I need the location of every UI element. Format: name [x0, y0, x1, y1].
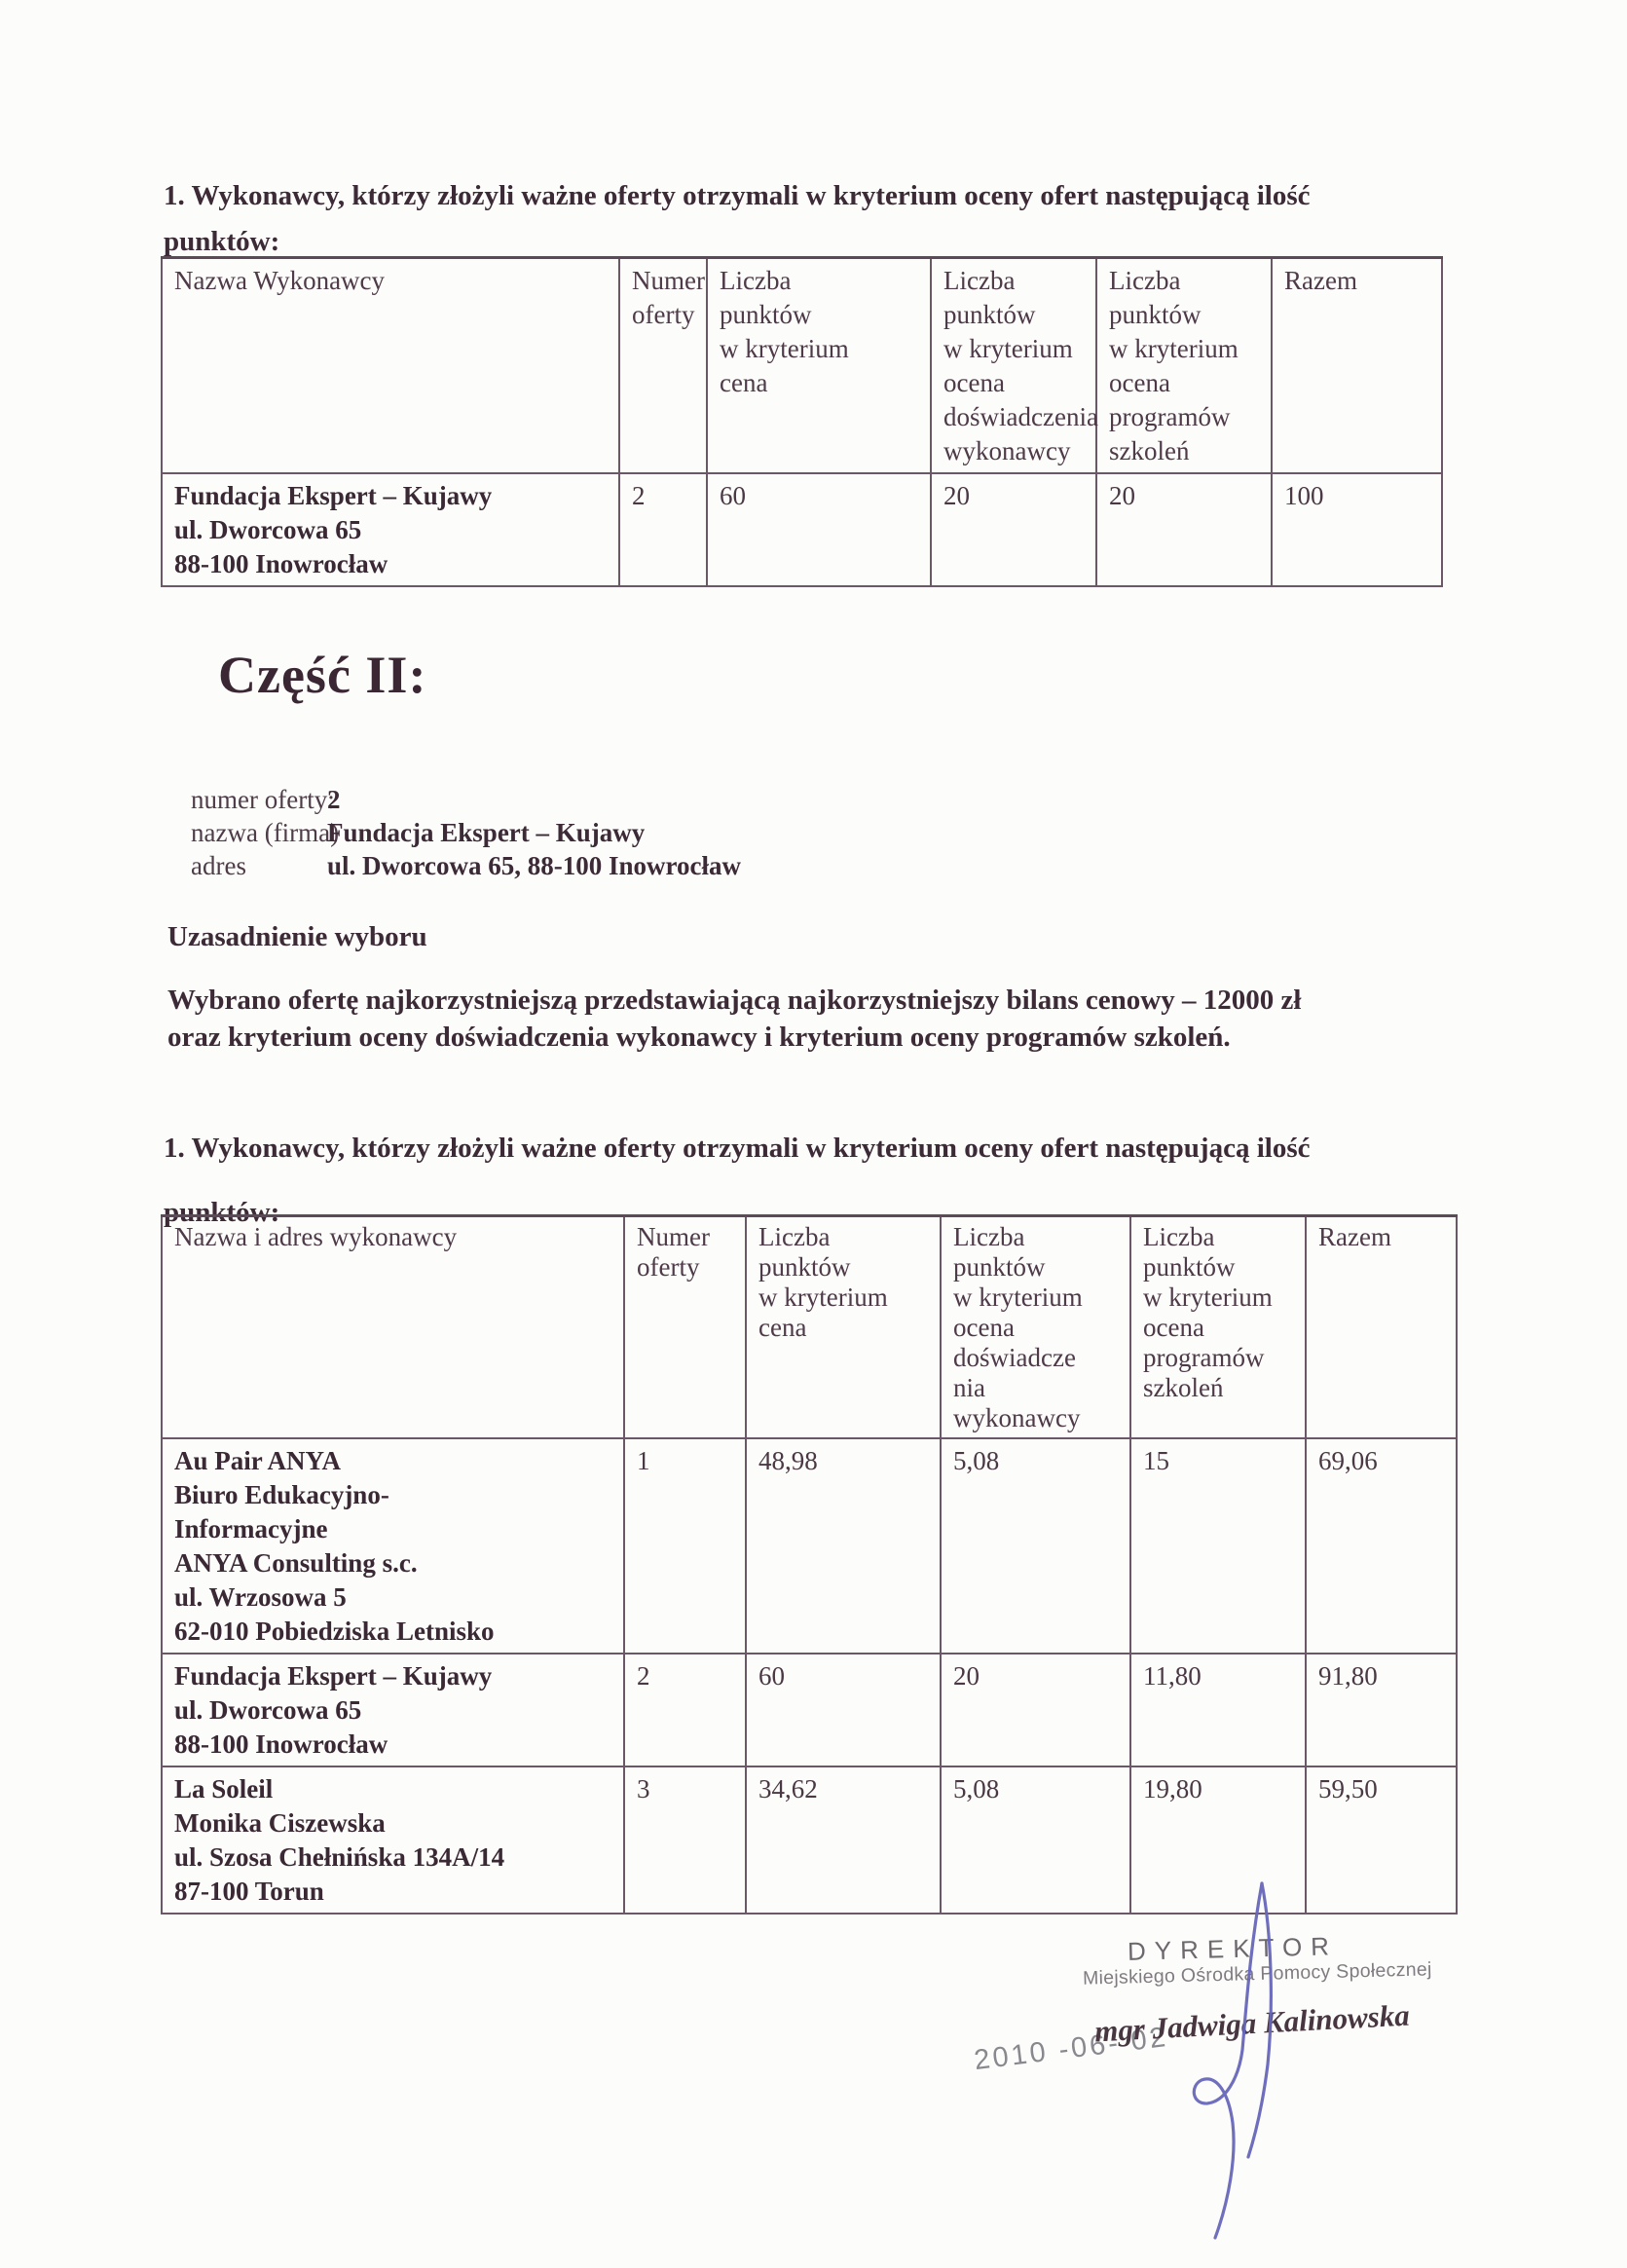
results-intro-paragraph-1: 1. Wykonawcy, którzy złożyli ważne ofert… — [164, 173, 1488, 265]
offer-number-label: numer oferty: — [191, 785, 335, 814]
header-price-points: Liczba punktów w kryterium cena — [746, 1216, 941, 1439]
table-header-row: Nazwa i adres wykonawcy Numer oferty Lic… — [162, 1216, 1457, 1439]
program-points-cell: 19,80 — [1130, 1766, 1306, 1914]
program-points-cell: 15 — [1130, 1438, 1306, 1654]
table-header-row: Nazwa Wykonawcy Numer oferty Liczba punk… — [162, 258, 1442, 474]
total-cell: 59,50 — [1306, 1766, 1457, 1914]
justification-paragraph: Wybrano ofertę najkorzystniejszą przedst… — [167, 982, 1492, 1056]
price-points-cell: 60 — [746, 1654, 941, 1766]
header-contractor-name: Nazwa Wykonawcy — [162, 258, 619, 474]
offer-number-line: numer oferty: 2 — [191, 783, 339, 816]
justification-heading: Uzasadnienie wyboru — [167, 921, 427, 953]
experience-points-cell: 5,08 — [941, 1766, 1130, 1914]
header-program-points: Liczba punktów w kryterium ocena program… — [1130, 1216, 1306, 1439]
price-points-cell: 34,62 — [746, 1766, 941, 1914]
contractor-name-cell: Fundacja Ekspert – Kujawy ul. Dworcowa 6… — [162, 1654, 624, 1766]
contractor-name-cell: Au Pair ANYA Biuro Edukacyjno- Informacy… — [162, 1438, 624, 1654]
signee-name-stamp: mgr Jadwiga Kalinowska — [1093, 1998, 1410, 2050]
table-row: Au Pair ANYA Biuro Edukacyjno- Informacy… — [162, 1438, 1457, 1654]
header-program-points: Liczba punktów w kryterium ocena program… — [1096, 258, 1272, 474]
selected-offer-info: numer oferty: 2 nazwa (firma) Fundacja E… — [191, 783, 339, 882]
firm-address-label: adres — [191, 851, 246, 880]
results-table-part2: Nazwa i adres wykonawcy Numer oferty Lic… — [161, 1214, 1458, 1915]
total-cell: 91,80 — [1306, 1654, 1457, 1766]
contractor-name-cell: La Soleil Monika Ciszewska ul. Szosa Che… — [162, 1766, 624, 1914]
part-2-heading: Część II: — [218, 645, 426, 705]
firm-name-line: nazwa (firma) Fundacja Ekspert – Kujawy — [191, 816, 339, 849]
header-experience-points: Liczba punktów w kryterium ocena doświad… — [941, 1216, 1130, 1439]
results-table-part1: Nazwa Wykonawcy Numer oferty Liczba punk… — [161, 256, 1443, 587]
firm-name-label: nazwa (firma) — [191, 818, 339, 847]
header-experience-points: Liczba punktów w kryterium ocena doświad… — [931, 258, 1096, 474]
firm-address-line: adres ul. Dworcowa 65, 88-100 Inowrocław — [191, 849, 339, 882]
table-row: La Soleil Monika Ciszewska ul. Szosa Che… — [162, 1766, 1457, 1914]
header-price-points: Liczba punktów w kryterium cena — [707, 258, 931, 474]
experience-points-cell: 5,08 — [941, 1438, 1130, 1654]
total-cell: 69,06 — [1306, 1438, 1457, 1654]
header-total: Razem — [1306, 1216, 1457, 1439]
header-offer-number: Numer oferty — [624, 1216, 746, 1439]
table-row: Fundacja Ekspert – Kujawy ul. Dworcowa 6… — [162, 473, 1442, 586]
offer-number-value: 2 — [327, 783, 341, 816]
offer-number-cell: 2 — [624, 1654, 746, 1766]
total-cell: 100 — [1272, 473, 1442, 586]
price-points-cell: 60 — [707, 473, 931, 586]
header-total: Razem — [1272, 258, 1442, 474]
offer-number-cell: 2 — [619, 473, 707, 586]
table-row: Fundacja Ekspert – Kujawy ul. Dworcowa 6… — [162, 1654, 1457, 1766]
contractor-name-cell: Fundacja Ekspert – Kujawy ul. Dworcowa 6… — [162, 473, 619, 586]
firm-address-value: ul. Dworcowa 65, 88-100 Inowrocław — [327, 849, 741, 882]
program-points-cell: 20 — [1096, 473, 1272, 586]
firm-name-value: Fundacja Ekspert – Kujawy — [327, 816, 645, 849]
header-contractor-name: Nazwa i adres wykonawcy — [162, 1216, 624, 1439]
offer-number-cell: 3 — [624, 1766, 746, 1914]
header-offer-number: Numer oferty — [619, 258, 707, 474]
program-points-cell: 11,80 — [1130, 1654, 1306, 1766]
experience-points-cell: 20 — [941, 1654, 1130, 1766]
price-points-cell: 48,98 — [746, 1438, 941, 1654]
experience-points-cell: 20 — [931, 473, 1096, 586]
offer-number-cell: 1 — [624, 1438, 746, 1654]
